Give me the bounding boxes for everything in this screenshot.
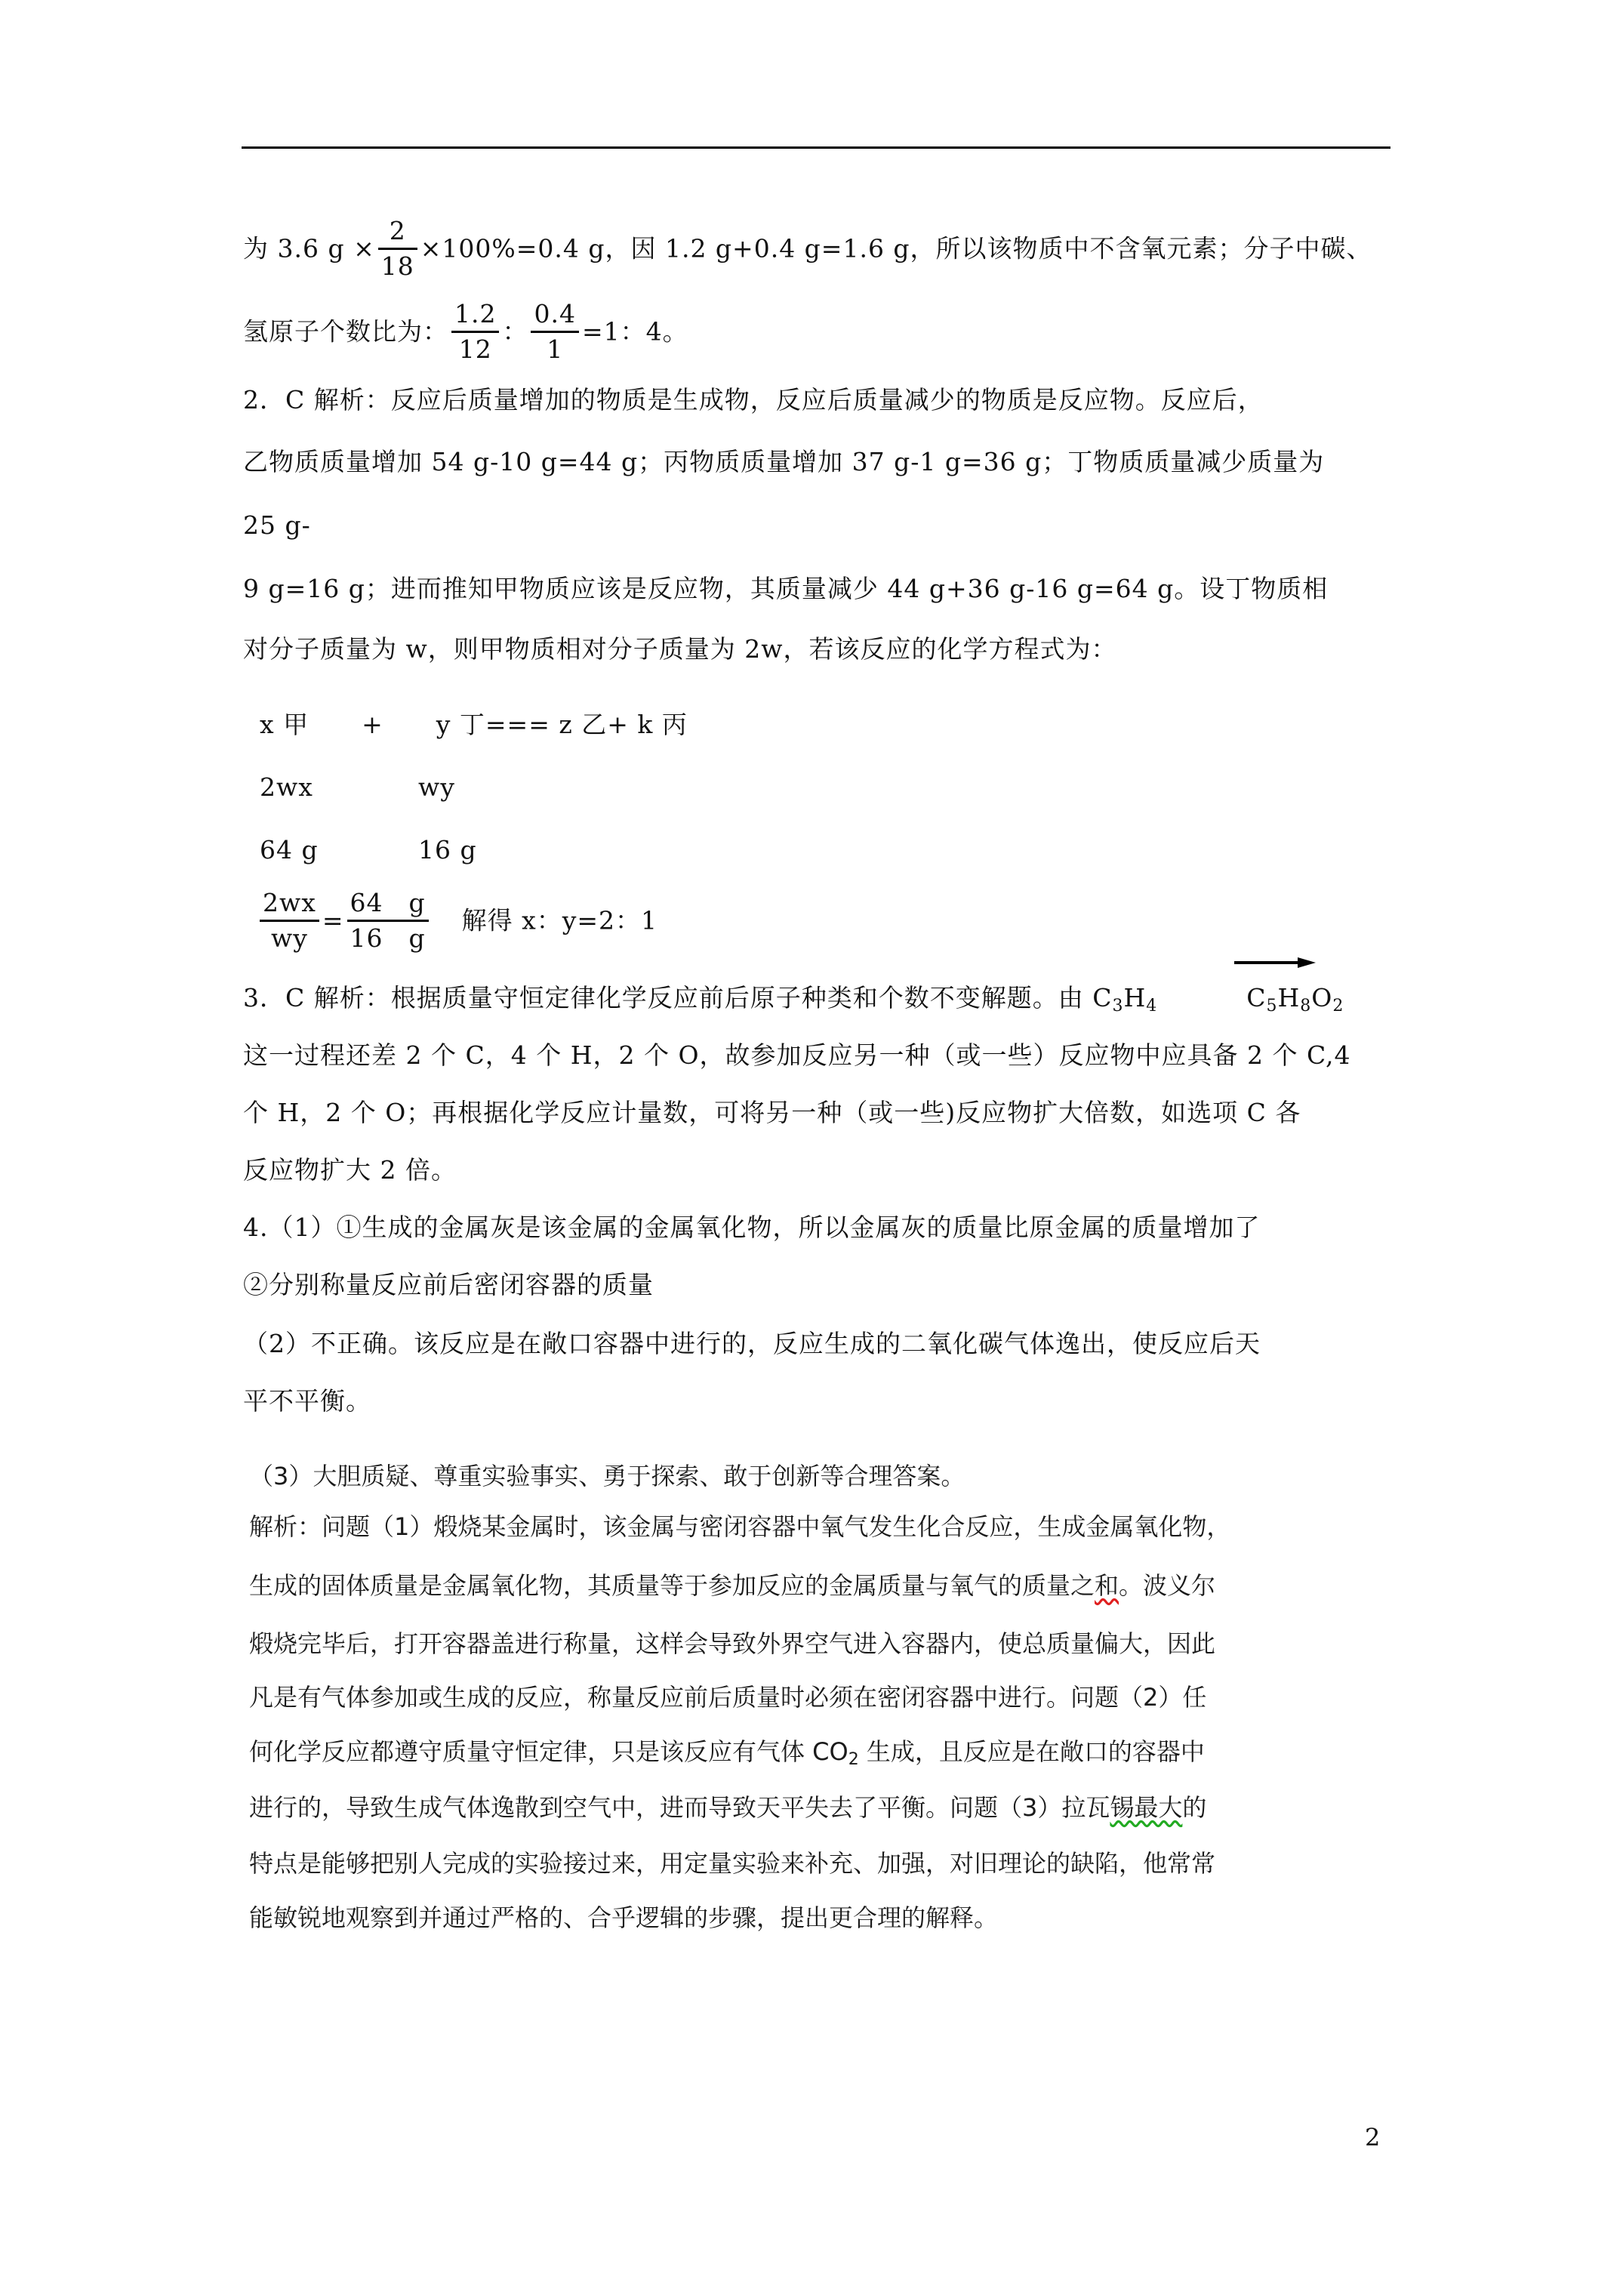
analysis-line-5: 何化学反应都遵守质量守恒定律，只是该反应有气体 CO2 生成，且反应是在敞口的容… <box>249 1737 1205 1767</box>
text: ： <box>502 317 528 347</box>
q1-continued-line-2: 氢原子个数比为：1.212：0.41=1：4。 <box>243 299 688 368</box>
q2-line-1: 2．C 解析：反应后质量增加的物质是生成物，反应后质量减少的物质是反应物。反应后… <box>243 385 1264 415</box>
q2-line-5: 对分子质量为 w，则甲物质相对分子质量为 2w，若该反应的化学方程式为： <box>243 634 1116 664</box>
subscript: 5 <box>1267 997 1278 1015</box>
text: =1：4。 <box>582 317 688 347</box>
denominator: 1 <box>531 333 578 366</box>
fraction-1.2-over-12: 1.212 <box>451 297 499 366</box>
element: O <box>1311 983 1332 1012</box>
q4-part-3: （3）大胆质疑、尊重实验事实、勇于探索、敢于创新等合理答案。 <box>249 1461 965 1491</box>
denominator: 16 g <box>347 922 429 955</box>
analysis-line-1: 解析：问题（1）煅烧某金属时，该金属与密闭容器中氧气发生化合反应，生成金属氧化物… <box>249 1512 1230 1542</box>
text: 进行的，导致生成气体逸散到空气中，进而导致天平失去了平衡。问题（3）拉瓦 <box>249 1793 1110 1822</box>
value-a: 64 g <box>260 835 418 865</box>
analysis-line-2: 生成的固体质量是金属氧化物，其质量等于参加反应的金属质量与氧气的质量之和。波义尔 <box>249 1570 1215 1601</box>
analysis-line-7: 特点是能够把别人完成的实验接过来，用定量实验来补充、加强，对旧理论的缺陷，他常常 <box>249 1848 1215 1878</box>
numerator: 2wx <box>260 886 319 920</box>
subscript: 2 <box>1332 997 1344 1015</box>
text: 生成的固体质量是金属氧化物，其质量等于参加反应的金属质量与氧气的质量之 <box>249 1571 1095 1600</box>
numerator: 64 g <box>347 886 429 920</box>
page-number: 2 <box>1365 2123 1380 2152</box>
text: 氢原子个数比为： <box>243 317 448 347</box>
formula-reactant: C3H4 <box>1092 983 1157 1012</box>
reaction-arrow-icon <box>1234 957 1316 968</box>
text: 。波义尔 <box>1119 1571 1215 1600</box>
mass-value-row: 64 g16 g <box>260 835 477 865</box>
q3-line-2: 这一过程还差 2 个 C，4 个 H，2 个 O，故参加反应另一种（或一些）反应… <box>243 1040 1351 1071</box>
text: 生成，且反应是在敞口的容器中 <box>859 1737 1205 1766</box>
equation-term-1: x 甲 <box>260 710 309 739</box>
q4-line-1: 4.（1）①生成的金属灰是该金属的金属氧化物，所以金属灰的质量比原金属的质量增加… <box>243 1213 1260 1243</box>
analysis-line-4: 凡是有气体参加或生成的反应，称量反应前后质量时必须在密闭容器中进行。问题（2）任 <box>249 1682 1206 1712</box>
q3-line-1: 3．C 解析：根据质量守恒定律化学反应前后原子种类和个数不变解题。由 C3H4C… <box>243 983 1344 1013</box>
q4-line-3: （2）不正确。该反应是在敞口容器中进行的，反应生成的二氧化碳气体逸出，使反应后天 <box>243 1329 1261 1359</box>
element: H <box>1123 983 1146 1012</box>
proportion-result: 解得 x：y=2：1 <box>462 906 658 935</box>
q1-continued-line-1: 为 3.6 g ×218×100%=0.4 g，因 1.2 g+0.4 g=1.… <box>243 216 1372 285</box>
q2-line-4: 9 g=16 g；进而推知甲物质应该是反应物，其质量减少 44 g+36 g-1… <box>243 574 1328 604</box>
element: C <box>1092 983 1112 1012</box>
formula-product: C5H8O2 <box>1246 983 1344 1012</box>
denominator: 18 <box>378 250 417 283</box>
q4-line-4: 平不平衡。 <box>243 1386 371 1416</box>
q3-line-4: 反应物扩大 2 倍。 <box>243 1155 457 1185</box>
fraction-2-over-18: 218 <box>378 214 417 283</box>
fraction-2wx-over-wy: 2wxwy <box>260 886 319 955</box>
analysis-line-3: 煅烧完毕后，打开容器盖进行称量，这样会导致外界空气进入容器内，使总质量偏大，因此 <box>249 1629 1215 1659</box>
grammar-marked-text: 锡最大 <box>1110 1793 1182 1822</box>
subscript: 8 <box>1300 997 1311 1015</box>
subscript: 4 <box>1146 997 1157 1015</box>
element: C <box>1246 983 1266 1012</box>
formula-b: wy <box>418 772 455 802</box>
subscript: 3 <box>1112 997 1123 1015</box>
subscript: 2 <box>848 1750 859 1769</box>
proportion-row: 2wxwy=64 g16 g解得 x：y=2：1 <box>257 888 658 957</box>
text: 为 3.6 g × <box>243 234 375 264</box>
denominator: 12 <box>451 333 499 366</box>
analysis-line-6: 进行的，导致生成气体逸散到空气中，进而导致天平失去了平衡。问题（3）拉瓦锡最大的 <box>249 1792 1206 1823</box>
analysis-line-8: 能敏锐地观察到并通过严格的、合乎逻辑的步骤，提出更合理的解释。 <box>249 1903 998 1933</box>
equation-plus: + <box>362 710 383 739</box>
formula-a: 2wx <box>260 772 418 803</box>
mass-formula-row: 2wxwy <box>260 772 455 803</box>
denominator: wy <box>260 922 319 955</box>
equation-term-2: y 丁=== z 乙+ k 丙 <box>436 710 688 739</box>
q2-line-3: 25 g- <box>243 510 311 541</box>
header-rule <box>242 146 1390 149</box>
chemical-equation: x 甲+y 丁=== z 乙+ k 丙 <box>260 710 688 740</box>
spellcheck-marked-text: 和 <box>1095 1571 1119 1600</box>
numerator: 0.4 <box>531 297 578 331</box>
q4-line-2: ②分别称量反应前后密闭容器的质量 <box>243 1270 654 1300</box>
text: 的 <box>1182 1793 1206 1822</box>
equals: = <box>322 906 344 935</box>
fraction-64g-over-16g: 64 g16 g <box>347 886 429 955</box>
numerator: 2 <box>378 214 417 248</box>
q2-line-2: 乙物质质量增加 54 g-10 g=44 g；丙物质质量增加 37 g-1 g=… <box>243 447 1324 477</box>
text: 何化学反应都遵守质量守恒定律，只是该反应有气体 CO <box>249 1737 848 1766</box>
value-b: 16 g <box>418 835 477 864</box>
text: ×100%=0.4 g，因 1.2 g+0.4 g=1.6 g，所以该物质中不含… <box>420 234 1372 264</box>
element: H <box>1278 983 1301 1012</box>
fraction-0.4-over-1: 0.41 <box>531 297 578 366</box>
numerator: 1.2 <box>451 297 499 331</box>
text: 3．C 解析：根据质量守恒定律化学反应前后原子种类和个数不变解题。由 <box>243 983 1092 1012</box>
q3-line-3: 个 H，2 个 O；再根据化学反应计量数，可将另一种（或一些)反应物扩大倍数，如… <box>243 1098 1301 1128</box>
